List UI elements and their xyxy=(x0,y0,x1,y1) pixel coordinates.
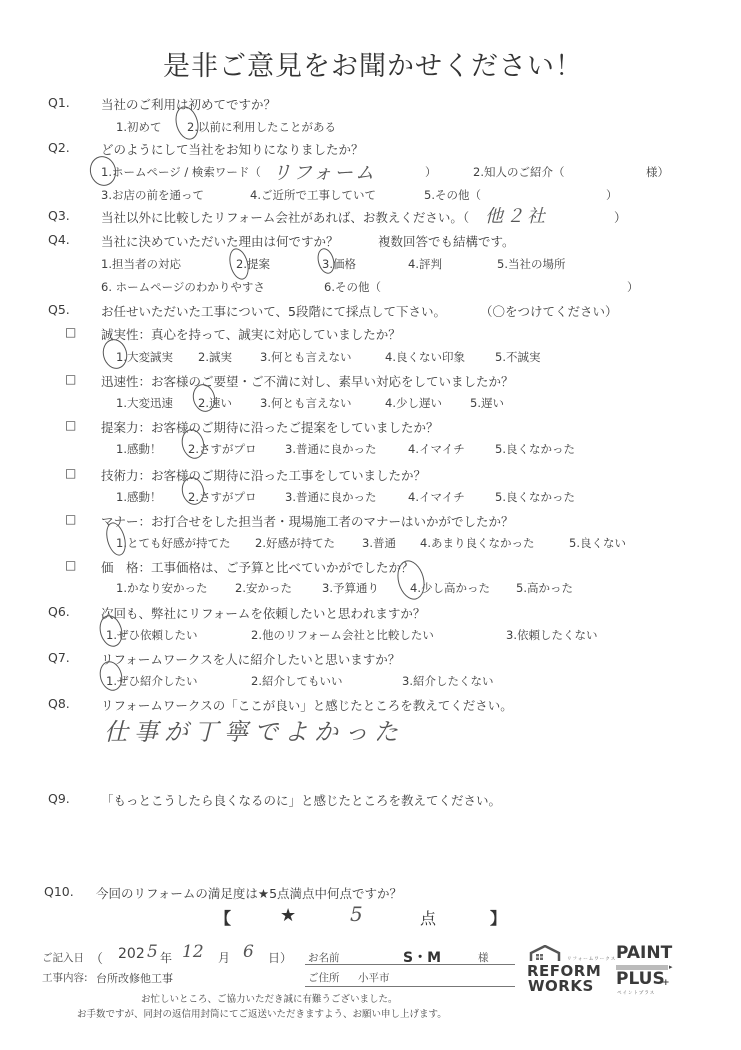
q5-manners-option-1[interactable]: 1.とても好感が持てた xyxy=(116,535,230,551)
q5-skill-label: 技術力：お客様のご期待に沿った工事をしていましたか？ xyxy=(101,466,426,484)
work-value: 台所改修他工事 xyxy=(96,970,173,986)
q5-manners-option-4[interactable]: 4.あまり良くなかった xyxy=(420,535,534,551)
q5-proposal-option-5[interactable]: 5.良くなかった xyxy=(495,441,575,457)
q4-number: Q4. xyxy=(48,232,70,247)
q8-number: Q8. xyxy=(48,696,70,711)
q5-speed-label: 迅速性：お客様のご要望・ご不満に対し、素早い対応をしていましたか？ xyxy=(101,372,514,390)
q5-speed-option-3[interactable]: 3.何とも言えない xyxy=(260,395,351,411)
q4-option-5[interactable]: 5.当社の場所 xyxy=(497,256,565,272)
q2-option-5-close: ） xyxy=(606,187,618,203)
q5-text: お任せいただいた工事について、5段階にて採点して下さい。 xyxy=(101,302,446,320)
plus-icon: + xyxy=(662,978,670,988)
work-label: 工事内容: xyxy=(42,970,88,985)
q5-sincerity-checkbox[interactable]: □ xyxy=(65,325,76,339)
name-label: お名前 xyxy=(308,950,340,965)
q2-option-1[interactable]: 1.ホームページ / 検索ワード（ xyxy=(101,164,261,180)
q4-option-3[interactable]: 3.価格 xyxy=(322,256,356,272)
plus-word: PLUS xyxy=(616,971,665,988)
q4-option-other-close: ） xyxy=(627,279,639,295)
q2-option-5[interactable]: 5.その他（ xyxy=(424,187,481,203)
q3-number: Q3. xyxy=(48,208,70,223)
q2-text: どのようにして当社をお知りになりましたか？ xyxy=(101,140,364,158)
q6-number: Q6. xyxy=(48,604,70,619)
q5-price-option-3[interactable]: 3.予算通り xyxy=(322,580,379,596)
q5-sincerity-option-1[interactable]: 1.大変誠実 xyxy=(116,349,173,365)
name-suffix: 様 xyxy=(478,950,489,965)
paint-word: PAINT xyxy=(616,945,672,962)
q4-option-6[interactable]: 6. ホームページのわかりやすさ xyxy=(101,279,265,295)
q2-option-1-close: ） xyxy=(425,164,437,180)
q5-sincerity-option-5[interactable]: 5.不誠実 xyxy=(495,349,540,365)
q7-option-3[interactable]: 3.紹介したくない xyxy=(402,673,493,689)
star-icon: ★ xyxy=(280,905,296,926)
date-label: ご記入日 xyxy=(42,950,84,965)
q9-text: 「もっとこうしたら良くなるのに」と感じたところを教えてください。 xyxy=(101,791,501,809)
q5-manners-checkbox[interactable]: □ xyxy=(65,512,76,526)
q10-number: Q10. xyxy=(44,884,74,899)
q4-option-4[interactable]: 4.評判 xyxy=(408,256,442,272)
q5-sincerity-option-4[interactable]: 4.良くない印象 xyxy=(385,349,465,365)
thanks-line-2: お手数ですが、同封の返信用封筒にてご返送いただきますよう、お願い申し上げます。 xyxy=(77,1006,447,1020)
q4-option-other[interactable]: 6.その他（ xyxy=(324,279,381,295)
month-unit: 月 xyxy=(218,949,230,966)
q2-option-2[interactable]: 2.知人のご紹介（ xyxy=(473,164,564,180)
q5-manners-label: マナー：お打合せをした担当者・現場施工者のマナーはいかがでしたか？ xyxy=(101,512,514,530)
address-label: ご住所 xyxy=(308,970,340,985)
q6-text: 次回も、弊社にリフォームを依頼したいと思われますか？ xyxy=(101,604,425,622)
q3-close: ） xyxy=(614,208,627,226)
q2-option-4[interactable]: 4.ご近所で工事していて xyxy=(250,187,376,203)
q10-bracket-close: 】 xyxy=(490,906,506,929)
reform-works-logo: リフォームワークス REFORM WORKS xyxy=(527,945,609,997)
q5-proposal-option-1[interactable]: 1.感動！ xyxy=(116,441,161,457)
q5-speed-option-5[interactable]: 5.遅い xyxy=(470,395,504,411)
q5-price-label: 価 格：工事価格は、ご予算と比べていかがでしたか？ xyxy=(101,558,414,576)
q1-text: 当社のご利用は初めてですか？ xyxy=(101,95,276,113)
q5-proposal-option-2[interactable]: 2.さすがプロ xyxy=(188,441,256,457)
q5-proposal-option-4[interactable]: 4.イマイチ xyxy=(408,441,465,457)
q2-number: Q2. xyxy=(48,140,70,155)
year-unit: 年 xyxy=(160,949,172,966)
q5-proposal-checkbox[interactable]: □ xyxy=(65,418,76,432)
address-value[interactable]: 小平市 xyxy=(358,970,390,985)
year-handwritten[interactable]: 5 xyxy=(147,942,158,962)
day-unit: 日） xyxy=(268,949,292,966)
thanks-line-1: お忙しいところ、ご協力いただき誠に有難うございました。 xyxy=(141,991,398,1005)
q6-option-2[interactable]: 2.他のリフォーム会社と比較したい xyxy=(251,627,434,643)
q2-search-word-answer[interactable]: リフォーム xyxy=(272,158,376,185)
q4-option-1[interactable]: 1.担当者の対応 xyxy=(101,256,181,272)
q3-text: 当社以外に比較したリフォーム会社があれば、お教えください。（ xyxy=(101,208,469,226)
year-prefix: 202 xyxy=(118,946,145,962)
q5-skill-option-5[interactable]: 5.良くなかった xyxy=(495,489,575,505)
q5-skill-option-2[interactable]: 2.さすがプロ xyxy=(188,489,256,505)
arrow-icon: ▸ xyxy=(669,963,673,971)
q10-text: 今回のリフォームの満足度は★5点満点中何点ですか？ xyxy=(96,884,402,902)
q5-skill-option-3[interactable]: 3.普通に良かった xyxy=(285,489,376,505)
q5-proposal-label: 提案力：お客様のご期待に沿ったご提案をしていましたか？ xyxy=(101,418,439,436)
address-underline xyxy=(305,986,515,987)
q2-option-2-suffix: 様） xyxy=(646,164,669,180)
q5-skill-option-1[interactable]: 1.感動！ xyxy=(116,489,161,505)
q5-speed-option-1[interactable]: 1.大変迅速 xyxy=(116,395,173,411)
q5-manners-option-5[interactable]: 5.良くない xyxy=(569,535,626,551)
q5-sincerity-option-2[interactable]: 2.誠実 xyxy=(198,349,232,365)
q1-option-2[interactable]: 2.以前に利用したことがある xyxy=(187,119,336,135)
house-icon xyxy=(529,945,561,963)
q4-note: 複数回答でも結構です。 xyxy=(378,232,515,250)
q5-sincerity-option-3[interactable]: 3.何とも言えない xyxy=(260,349,351,365)
q5-price-option-4[interactable]: 4.少し高かった xyxy=(410,580,490,596)
q5-price-checkbox[interactable]: □ xyxy=(65,558,76,572)
q10-score[interactable]: 5 xyxy=(350,902,363,926)
works-word: WORKS xyxy=(528,979,594,994)
q1-number: Q1. xyxy=(48,95,70,110)
paint-plus-kana: ペイントプラス xyxy=(617,990,655,996)
q3-answer[interactable]: 他２社 xyxy=(485,202,548,228)
q7-text: リフォームワークスを人に紹介したいと思いますか？ xyxy=(101,650,400,668)
q5-speed-option-4[interactable]: 4.少し遅い xyxy=(385,395,442,411)
q4-option-2[interactable]: 2.提案 xyxy=(236,256,270,272)
page-title: 是非ご意見をお聞かせください！ xyxy=(163,44,583,83)
q10-unit: 点 xyxy=(420,906,436,929)
q9-answer[interactable] xyxy=(101,812,661,872)
q5-price-option-5[interactable]: 5.高かった xyxy=(516,580,573,596)
q5-skill-checkbox[interactable]: □ xyxy=(65,466,76,480)
q2-option-3[interactable]: 3.お店の前を通って xyxy=(101,187,204,203)
q4-text: 当社に決めていただいた理由は何ですか？ xyxy=(101,232,339,250)
q5-price-option-2[interactable]: 2.安かった xyxy=(235,580,292,596)
q7-option-2[interactable]: 2.紹介してもいい xyxy=(251,673,342,689)
name-underline xyxy=(305,964,515,965)
q5-manners-option-2[interactable]: 2.好感が持てた xyxy=(255,535,335,551)
q7-number: Q7. xyxy=(48,650,70,665)
q9-number: Q9. xyxy=(48,791,70,806)
q5-proposal-option-3[interactable]: 3.普通に良かった xyxy=(285,441,376,457)
q10-bracket-open: 【 xyxy=(215,906,231,929)
date-open: （ xyxy=(90,948,103,967)
q5-number: Q5. xyxy=(48,302,70,317)
q5-skill-option-4[interactable]: 4.イマイチ xyxy=(408,489,465,505)
q5-note: （〇をつけてください） xyxy=(480,302,618,320)
q5-speed-option-2[interactable]: 2.速い xyxy=(198,395,232,411)
q5-price-option-1[interactable]: 1.かなり安かった xyxy=(116,580,207,596)
q5-manners-option-3[interactable]: 3.普通 xyxy=(362,535,396,551)
day-handwritten[interactable]: 6 xyxy=(243,942,254,962)
q6-option-1[interactable]: 1.ぜひ依頼したい xyxy=(106,627,197,643)
q7-option-1[interactable]: 1.ぜひ紹介したい xyxy=(106,673,197,689)
q1-option-1[interactable]: 1.初めて xyxy=(116,119,161,135)
q5-speed-checkbox[interactable]: □ xyxy=(65,372,76,386)
q6-option-3[interactable]: 3.依頼したくない xyxy=(506,627,597,643)
q8-answer[interactable]: 仕事が丁寧でよかった xyxy=(104,712,404,747)
q5-sincerity-label: 誠実性：真心を持って、誠実に対応していましたか？ xyxy=(101,325,401,343)
paint-plus-logo: PAINT ▸ PLUS + ペイントプラス xyxy=(616,945,686,1005)
month-handwritten[interactable]: 12 xyxy=(182,942,204,962)
